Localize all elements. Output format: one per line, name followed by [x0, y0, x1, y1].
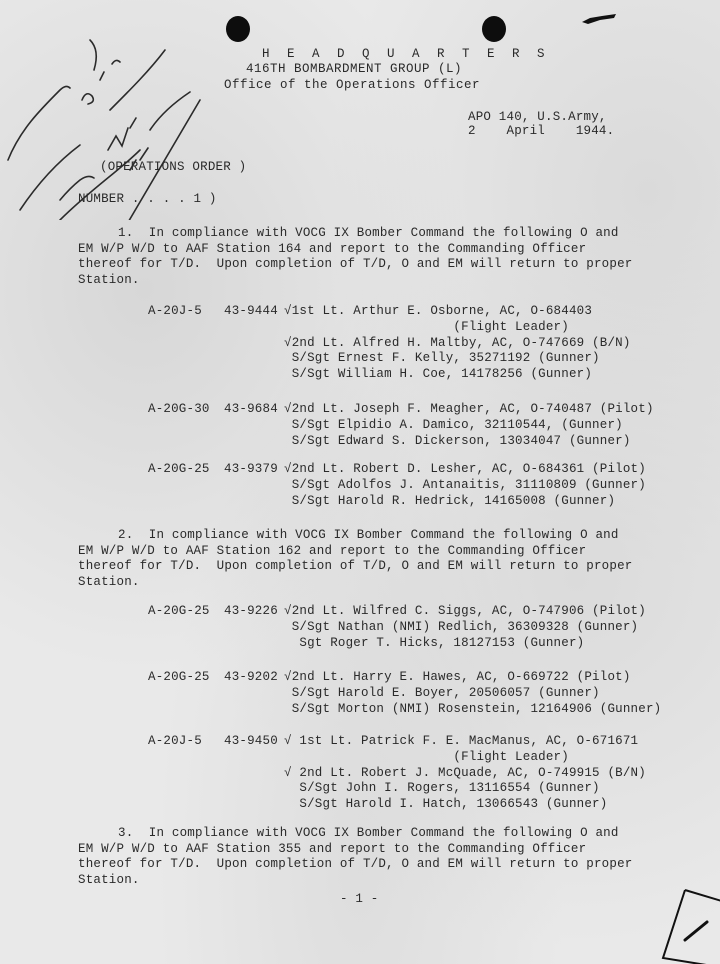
header-office: Office of the Operations Officer: [224, 78, 480, 92]
paragraph-line: thereof for T/D. Upon completion of T/D,…: [78, 257, 633, 271]
crew-member: (Flight Leader): [284, 320, 569, 334]
paragraph-line: 2. In compliance with VOCG IX Bomber Com…: [118, 528, 619, 542]
aircraft-type: A-20G-25: [148, 462, 210, 476]
crew-member: √2nd Lt. Wilfred C. Siggs, AC, O-747906 …: [284, 604, 646, 618]
crew-member: √2nd Lt. Robert D. Lesher, AC, O-684361 …: [284, 462, 646, 476]
crew-member: S/Sgt John I. Rogers, 13116554 (Gunner): [284, 781, 600, 795]
paragraph-line: thereof for T/D. Upon completion of T/D,…: [78, 857, 633, 871]
crew-member: √ 1st Lt. Patrick F. E. MacManus, AC, O-…: [284, 734, 638, 748]
paragraph-line: thereof for T/D. Upon completion of T/D,…: [78, 559, 633, 573]
paragraph-line: 3. In compliance with VOCG IX Bomber Com…: [118, 826, 619, 840]
aircraft-type: A-20J-5: [148, 304, 202, 318]
punch-hole: [482, 16, 506, 42]
crew-member: √ 2nd Lt. Robert J. McQuade, AC, O-74991…: [284, 766, 646, 780]
crew-member: S/Sgt Adolfos J. Antanaitis, 31110809 (G…: [284, 478, 646, 492]
crew-member: Sgt Roger T. Hicks, 18127153 (Gunner): [284, 636, 584, 650]
order-type: (OPERATIONS ORDER ): [100, 160, 246, 174]
paragraph-line: 1. In compliance with VOCG IX Bomber Com…: [118, 226, 619, 240]
aircraft-type: A-20J-5: [148, 734, 202, 748]
corner-stamp-box: [655, 888, 720, 964]
crew-member: (Flight Leader): [284, 750, 569, 764]
crew-member: S/Sgt Morton (NMI) Rosenstein, 12164906 …: [284, 702, 661, 716]
paragraph-line: EM W/P W/D to AAF Station 162 and report…: [78, 544, 586, 558]
aircraft-type: A-20G-25: [148, 604, 210, 618]
aircraft-serial: 43-9226: [224, 604, 278, 618]
crew-member: S/Sgt Edward S. Dickerson, 13034047 (Gun…: [284, 434, 631, 448]
aircraft-type: A-20G-30: [148, 402, 210, 416]
ink-smudge-icon: [580, 12, 620, 26]
paragraph-line: Station.: [78, 575, 140, 589]
header-unit: 416TH BOMBARDMENT GROUP (L): [246, 62, 462, 76]
crew-member: S/Sgt Elpidio A. Damico, 32110544, (Gunn…: [284, 418, 623, 432]
crew-member: S/Sgt Nathan (NMI) Redlich, 36309328 (Gu…: [284, 620, 638, 634]
crew-member: S/Sgt Harold R. Hedrick, 14165008 (Gunne…: [284, 494, 615, 508]
crew-member: S/Sgt Harold I. Hatch, 13066543 (Gunner): [284, 797, 607, 811]
crew-member: S/Sgt William H. Coe, 14178256 (Gunner): [284, 367, 592, 381]
paragraph-line: Station.: [78, 273, 140, 287]
crew-member: √2nd Lt. Joseph F. Meagher, AC, O-740487…: [284, 402, 654, 416]
crew-member: √1st Lt. Arthur E. Osborne, AC, O-684403: [284, 304, 592, 318]
handwritten-note: [0, 20, 240, 220]
crew-member: S/Sgt Harold E. Boyer, 20506057 (Gunner): [284, 686, 600, 700]
aircraft-serial: 43-9202: [224, 670, 278, 684]
header-title: H E A D Q U A R T E R S: [262, 47, 550, 61]
aircraft-serial: 43-9444: [224, 304, 278, 318]
document-page: H E A D Q U A R T E R S 416TH BOMBARDMEN…: [0, 0, 720, 964]
paragraph-line: EM W/P W/D to AAF Station 164 and report…: [78, 242, 586, 256]
apo-line: APO 140, U.S.Army,: [468, 110, 607, 124]
crew-member: S/Sgt Ernest F. Kelly, 35271192 (Gunner): [284, 351, 600, 365]
aircraft-serial: 43-9379: [224, 462, 278, 476]
aircraft-type: A-20G-25: [148, 670, 210, 684]
aircraft-serial: 43-9684: [224, 402, 278, 416]
date-line: 2 April 1944.: [468, 124, 614, 138]
crew-member: √2nd Lt. Alfred H. Maltby, AC, O-747669 …: [284, 336, 631, 350]
aircraft-serial: 43-9450: [224, 734, 278, 748]
crew-member: √2nd Lt. Harry E. Hawes, AC, O-669722 (P…: [284, 670, 631, 684]
page-number: - 1 -: [340, 892, 379, 906]
paragraph-line: Station.: [78, 873, 140, 887]
paragraph-line: EM W/P W/D to AAF Station 355 and report…: [78, 842, 586, 856]
order-number: NUMBER . . . . 1 ): [78, 192, 217, 206]
